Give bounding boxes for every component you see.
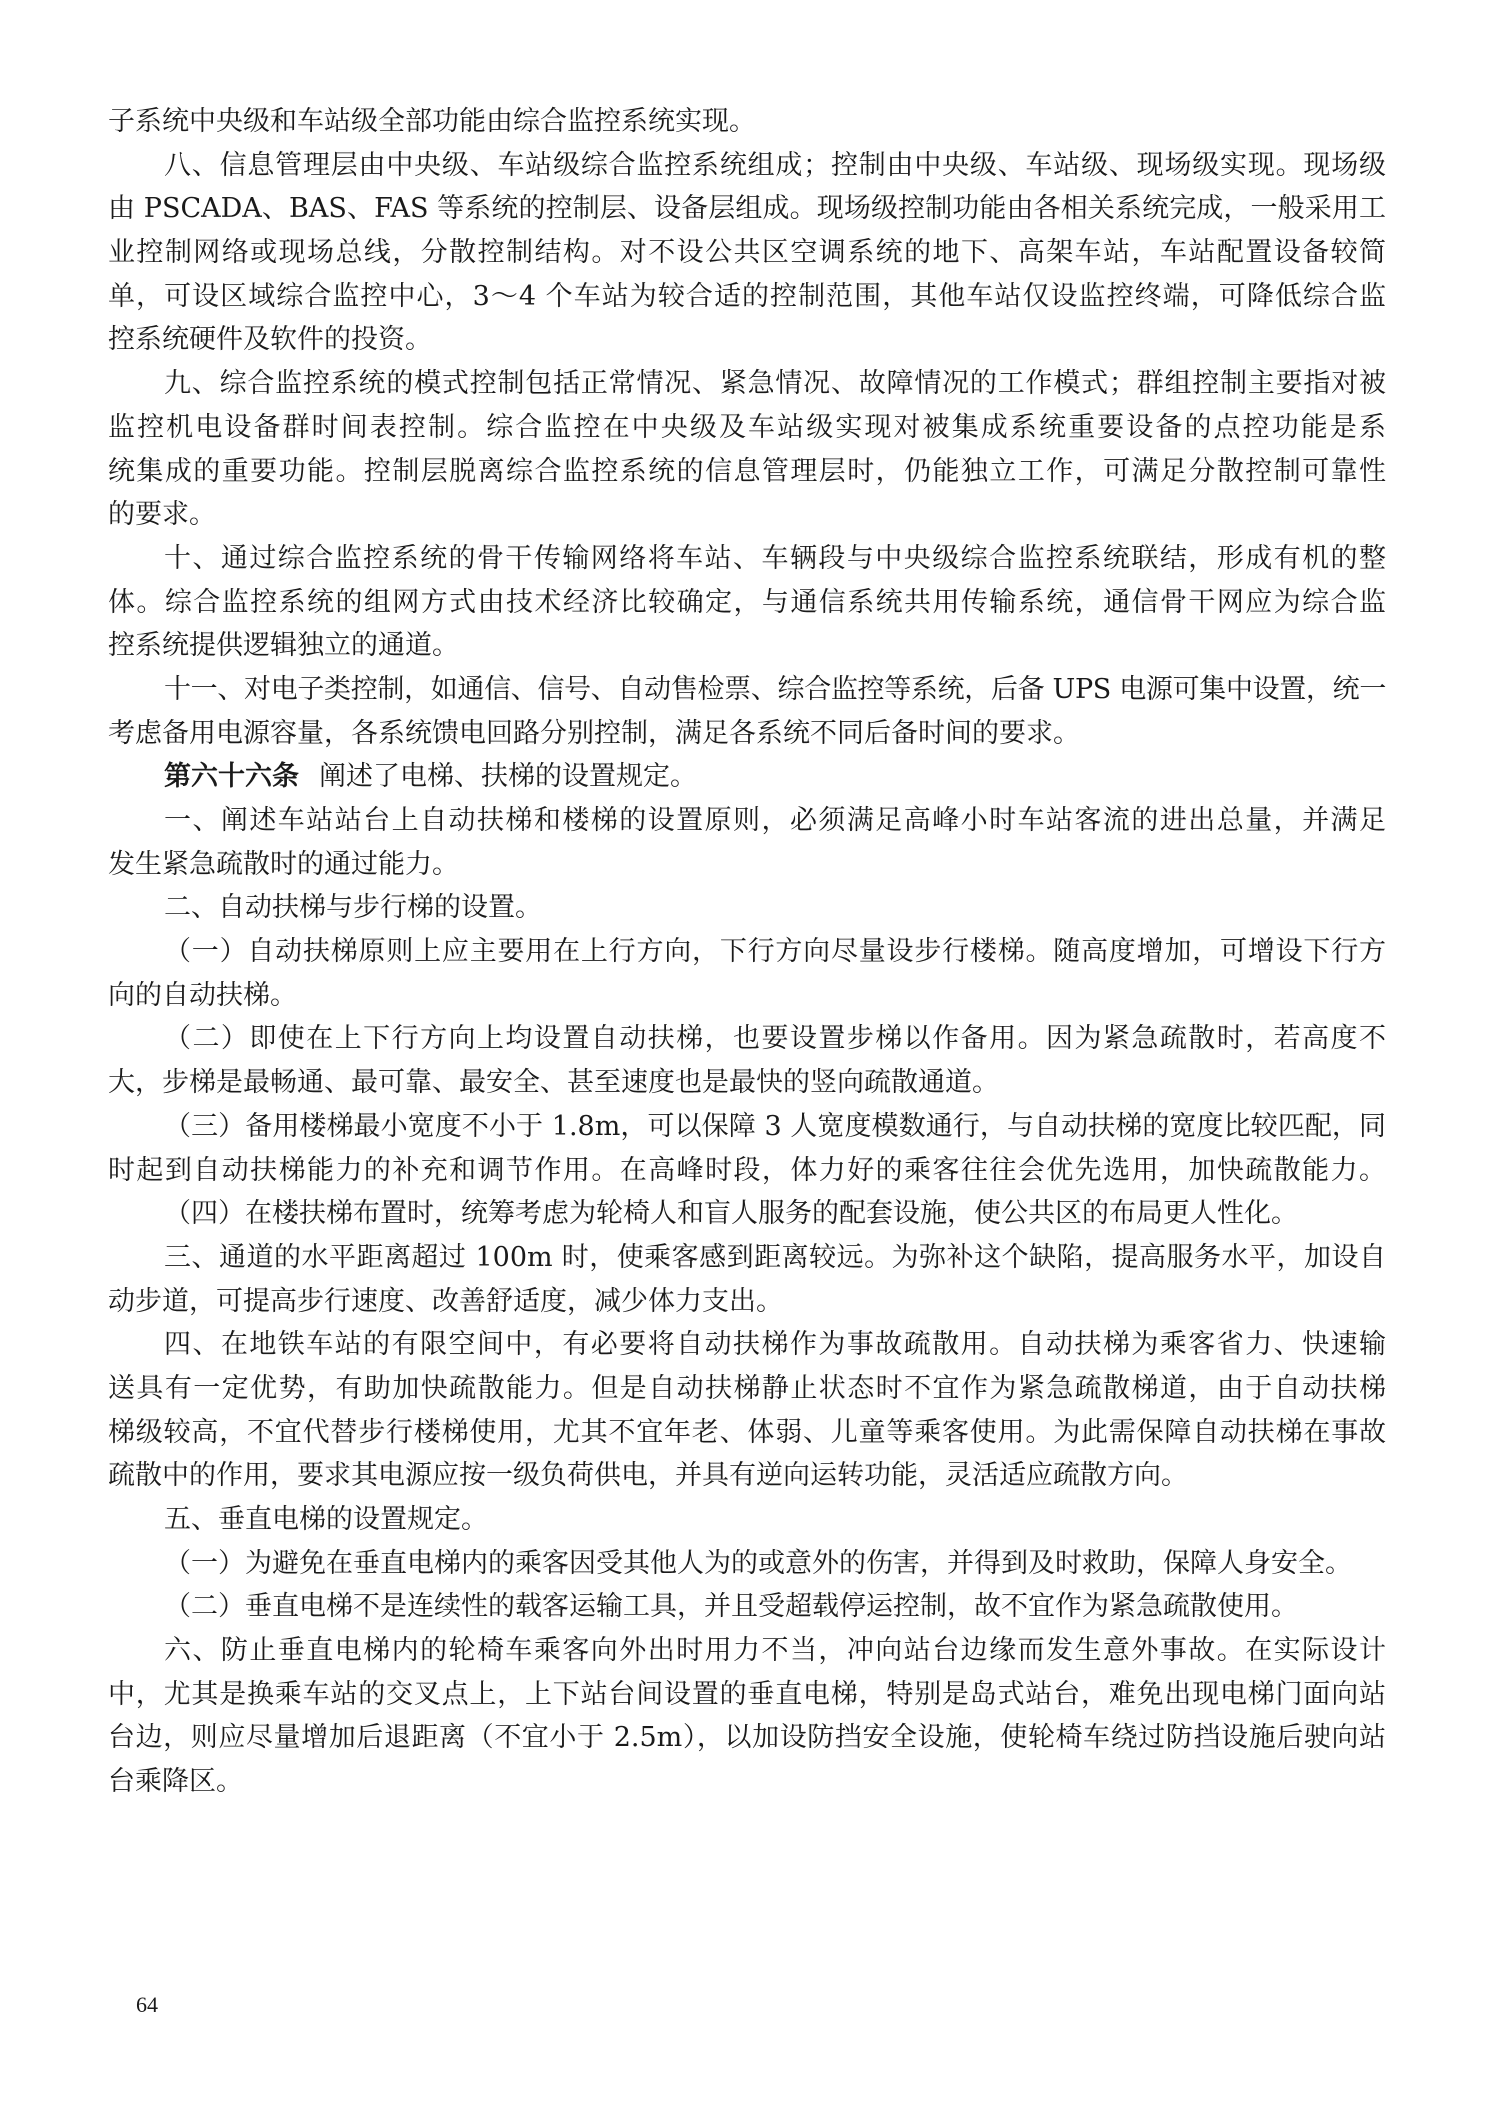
line-text: （三）备用楼梯最小宽度不小于 1.8m，可以保障 3 人宽度模数通行，与自动扶梯… <box>164 1111 1386 1142</box>
line-text: 的要求。 <box>108 499 216 530</box>
text-line: 十、通过综合监控系统的骨干传输网络将车站、车辆段与中央级综合监控系统联结，形成有… <box>108 537 1386 581</box>
line-text: 控系统提供逻辑独立的通道。 <box>108 630 459 661</box>
line-text: 阐述了电梯、扶梯的设置规定。 <box>319 761 697 792</box>
text-line: 台乘降区。 <box>108 1760 1386 1804</box>
line-text: 六、防止垂直电梯内的轮椅车乘客向外出时用力不当，冲向站台边缘而发生意外事故。在实… <box>164 1635 1386 1666</box>
line-text: 子系统中央级和车站级全部功能由综合监控系统实现。 <box>108 106 756 137</box>
text-line: 统集成的重要功能。控制层脱离综合监控系统的信息管理层时，仍能独立工作，可满足分散… <box>108 450 1386 494</box>
line-text: 梯级较高，不宜代替步行楼梯使用，尤其不宜年老、体弱、儿童等乘客使用。为此需保障自… <box>108 1417 1386 1448</box>
text-line: （四）在楼扶梯布置时，统筹考虑为轮椅人和盲人服务的配套设施，使公共区的布局更人性… <box>108 1192 1386 1236</box>
text-line: 动步道，可提高步行速度、改善舒适度，减少体力支出。 <box>108 1280 1386 1324</box>
body-text: 子系统中央级和车站级全部功能由综合监控系统实现。八、信息管理层由中央级、车站级综… <box>108 100 1386 1804</box>
line-text: 送具有一定优势，有助加快疏散能力。但是自动扶梯静止状态时不宜作为紧急疏散梯道，由… <box>108 1373 1386 1404</box>
text-line: （二）垂直电梯不是连续性的载客运输工具，并且受超载停运控制，故不宜作为紧急疏散使… <box>108 1585 1386 1629</box>
text-line: 五、垂直电梯的设置规定。 <box>108 1498 1386 1542</box>
text-line: （一）为避免在垂直电梯内的乘客因受其他人为的或意外的伤害，并得到及时救助，保障人… <box>108 1542 1386 1586</box>
line-text: 由 PSCADA、BAS、FAS 等系统的控制层、设备层组成。现场级控制功能由各… <box>108 193 1386 224</box>
text-line: 控系统提供逻辑独立的通道。 <box>108 624 1386 668</box>
line-text: 向的自动扶梯。 <box>108 980 297 1011</box>
line-text: 发生紧急疏散时的通过能力。 <box>108 849 459 880</box>
line-text: 时起到自动扶梯能力的补充和调节作用。在高峰时段，体力好的乘客往往会优先选用，加快… <box>108 1155 1386 1186</box>
text-line: 十一、对电子类控制，如通信、信号、自动售检票、综合监控等系统，后备 UPS 电源… <box>108 668 1386 712</box>
text-line: 九、综合监控系统的模式控制包括正常情况、紧急情况、故障情况的工作模式；群组控制主… <box>108 362 1386 406</box>
line-text: 三、通道的水平距离超过 100m 时，使乘客感到距离较远。为弥补这个缺陷，提高服… <box>164 1242 1386 1273</box>
text-line: 单，可设区域综合监控中心，3～4 个车站为较合适的控制范围，其他车站仅设监控终端… <box>108 275 1386 319</box>
text-line: 体。综合监控系统的组网方式由技术经济比较确定，与通信系统共用传输系统，通信骨干网… <box>108 581 1386 625</box>
line-text: 九、综合监控系统的模式控制包括正常情况、紧急情况、故障情况的工作模式；群组控制主… <box>164 368 1386 399</box>
text-line: 子系统中央级和车站级全部功能由综合监控系统实现。 <box>108 100 1386 144</box>
line-text: 疏散中的作用，要求其电源应按一级负荷供电，并具有逆向运转功能，灵活适应疏散方向。 <box>108 1460 1188 1491</box>
line-text: 一、阐述车站站台上自动扶梯和楼梯的设置原则，必须满足高峰小时车站客流的进出总量，… <box>164 805 1386 836</box>
line-text: 监控机电设备群时间表控制。综合监控在中央级及车站级实现对被集成系统重要设备的点控… <box>108 412 1386 443</box>
line-text: 大，步梯是最畅通、最可靠、最安全、甚至速度也是最快的竖向疏散通道。 <box>108 1067 999 1098</box>
text-line: 六、防止垂直电梯内的轮椅车乘客向外出时用力不当，冲向站台边缘而发生意外事故。在实… <box>108 1629 1386 1673</box>
text-line: 二、自动扶梯与步行梯的设置。 <box>108 886 1386 930</box>
line-text: 业控制网络或现场总线，分散控制结构。对不设公共区空调系统的地下、高架车站，车站配… <box>108 237 1386 268</box>
text-line: 八、信息管理层由中央级、车站级综合监控系统组成；控制由中央级、车站级、现场级实现… <box>108 144 1386 188</box>
text-line: 时起到自动扶梯能力的补充和调节作用。在高峰时段，体力好的乘客往往会优先选用，加快… <box>108 1149 1386 1193</box>
line-text: 单，可设区域综合监控中心，3～4 个车站为较合适的控制范围，其他车站仅设监控终端… <box>108 281 1386 312</box>
text-line: 一、阐述车站站台上自动扶梯和楼梯的设置原则，必须满足高峰小时车站客流的进出总量，… <box>108 799 1386 843</box>
text-line: 考虑备用电源容量，各系统馈电回路分别控制，满足各系统不同后备时间的要求。 <box>108 712 1386 756</box>
text-line: 发生紧急疏散时的通过能力。 <box>108 843 1386 887</box>
line-text: 十一、对电子类控制，如通信、信号、自动售检票、综合监控等系统，后备 UPS 电源… <box>164 674 1386 705</box>
text-line: 四、在地铁车站的有限空间中，有必要将自动扶梯作为事故疏散用。自动扶梯为乘客省力、… <box>108 1323 1386 1367</box>
text-line: 的要求。 <box>108 493 1386 537</box>
text-line: 疏散中的作用，要求其电源应按一级负荷供电，并具有逆向运转功能，灵活适应疏散方向。 <box>108 1454 1386 1498</box>
text-line: （三）备用楼梯最小宽度不小于 1.8m，可以保障 3 人宽度模数通行，与自动扶梯… <box>108 1105 1386 1149</box>
line-text: 台乘降区。 <box>108 1766 243 1797</box>
text-line: 向的自动扶梯。 <box>108 974 1386 1018</box>
text-line: 由 PSCADA、BAS、FAS 等系统的控制层、设备层组成。现场级控制功能由各… <box>108 187 1386 231</box>
line-text: 台边，则应尽量增加后退距离（不宜小于 2.5m），以加设防挡安全设施，使轮椅车绕… <box>108 1722 1386 1753</box>
line-text: （一）为避免在垂直电梯内的乘客因受其他人为的或意外的伤害，并得到及时救助，保障人… <box>164 1548 1352 1579</box>
text-line: 三、通道的水平距离超过 100m 时，使乘客感到距离较远。为弥补这个缺陷，提高服… <box>108 1236 1386 1280</box>
line-text: 考虑备用电源容量，各系统馈电回路分别控制，满足各系统不同后备时间的要求。 <box>108 718 1080 749</box>
text-line: （一）自动扶梯原则上应主要用在上行方向，下行方向尽量设步行楼梯。随高度增加，可增… <box>108 930 1386 974</box>
line-text: 八、信息管理层由中央级、车站级综合监控系统组成；控制由中央级、车站级、现场级实现… <box>164 150 1386 181</box>
line-text: 动步道，可提高步行速度、改善舒适度，减少体力支出。 <box>108 1286 783 1317</box>
text-line: 台边，则应尽量增加后退距离（不宜小于 2.5m），以加设防挡安全设施，使轮椅车绕… <box>108 1716 1386 1760</box>
text-line: 大，步梯是最畅通、最可靠、最安全、甚至速度也是最快的竖向疏散通道。 <box>108 1061 1386 1105</box>
article-number: 第六十六条 <box>164 761 299 792</box>
text-line: 送具有一定优势，有助加快疏散能力。但是自动扶梯静止状态时不宜作为紧急疏散梯道，由… <box>108 1367 1386 1411</box>
line-text: （二）垂直电梯不是连续性的载客运输工具，并且受超载停运控制，故不宜作为紧急疏散使… <box>164 1591 1298 1622</box>
line-text: 体。综合监控系统的组网方式由技术经济比较确定，与通信系统共用传输系统，通信骨干网… <box>108 587 1386 618</box>
line-text: 十、通过综合监控系统的骨干传输网络将车站、车辆段与中央级综合监控系统联结，形成有… <box>164 543 1386 574</box>
text-line: 监控机电设备群时间表控制。综合监控在中央级及车站级实现对被集成系统重要设备的点控… <box>108 406 1386 450</box>
line-text: 二、自动扶梯与步行梯的设置。 <box>164 892 542 923</box>
line-text: 中，尤其是换乘车站的交叉点上，上下站台间设置的垂直电梯，特别是岛式站台，难免出现… <box>108 1679 1386 1710</box>
document-page: 子系统中央级和车站级全部功能由综合监控系统实现。八、信息管理层由中央级、车站级综… <box>0 0 1493 2121</box>
page-number: 64 <box>136 1992 158 2018</box>
line-text: 控系统硬件及软件的投资。 <box>108 324 432 355</box>
text-line: （二）即使在上下行方向上均设置自动扶梯，也要设置步梯以作备用。因为紧急疏散时，若… <box>108 1017 1386 1061</box>
line-text: （一）自动扶梯原则上应主要用在上行方向，下行方向尽量设步行楼梯。随高度增加，可增… <box>164 936 1386 967</box>
line-text: 四、在地铁车站的有限空间中，有必要将自动扶梯作为事故疏散用。自动扶梯为乘客省力、… <box>164 1329 1386 1360</box>
line-text: （二）即使在上下行方向上均设置自动扶梯，也要设置步梯以作备用。因为紧急疏散时，若… <box>164 1023 1386 1054</box>
line-text: （四）在楼扶梯布置时，统筹考虑为轮椅人和盲人服务的配套设施，使公共区的布局更人性… <box>164 1198 1298 1229</box>
text-line: 梯级较高，不宜代替步行楼梯使用，尤其不宜年老、体弱、儿童等乘客使用。为此需保障自… <box>108 1411 1386 1455</box>
text-line: 控系统硬件及软件的投资。 <box>108 318 1386 362</box>
line-text: 统集成的重要功能。控制层脱离综合监控系统的信息管理层时，仍能独立工作，可满足分散… <box>108 456 1386 487</box>
text-line: 业控制网络或现场总线，分散控制结构。对不设公共区空调系统的地下、高架车站，车站配… <box>108 231 1386 275</box>
line-text: 五、垂直电梯的设置规定。 <box>164 1504 488 1535</box>
article-heading-line: 第六十六条阐述了电梯、扶梯的设置规定。 <box>108 755 1386 799</box>
text-line: 中，尤其是换乘车站的交叉点上，上下站台间设置的垂直电梯，特别是岛式站台，难免出现… <box>108 1673 1386 1717</box>
